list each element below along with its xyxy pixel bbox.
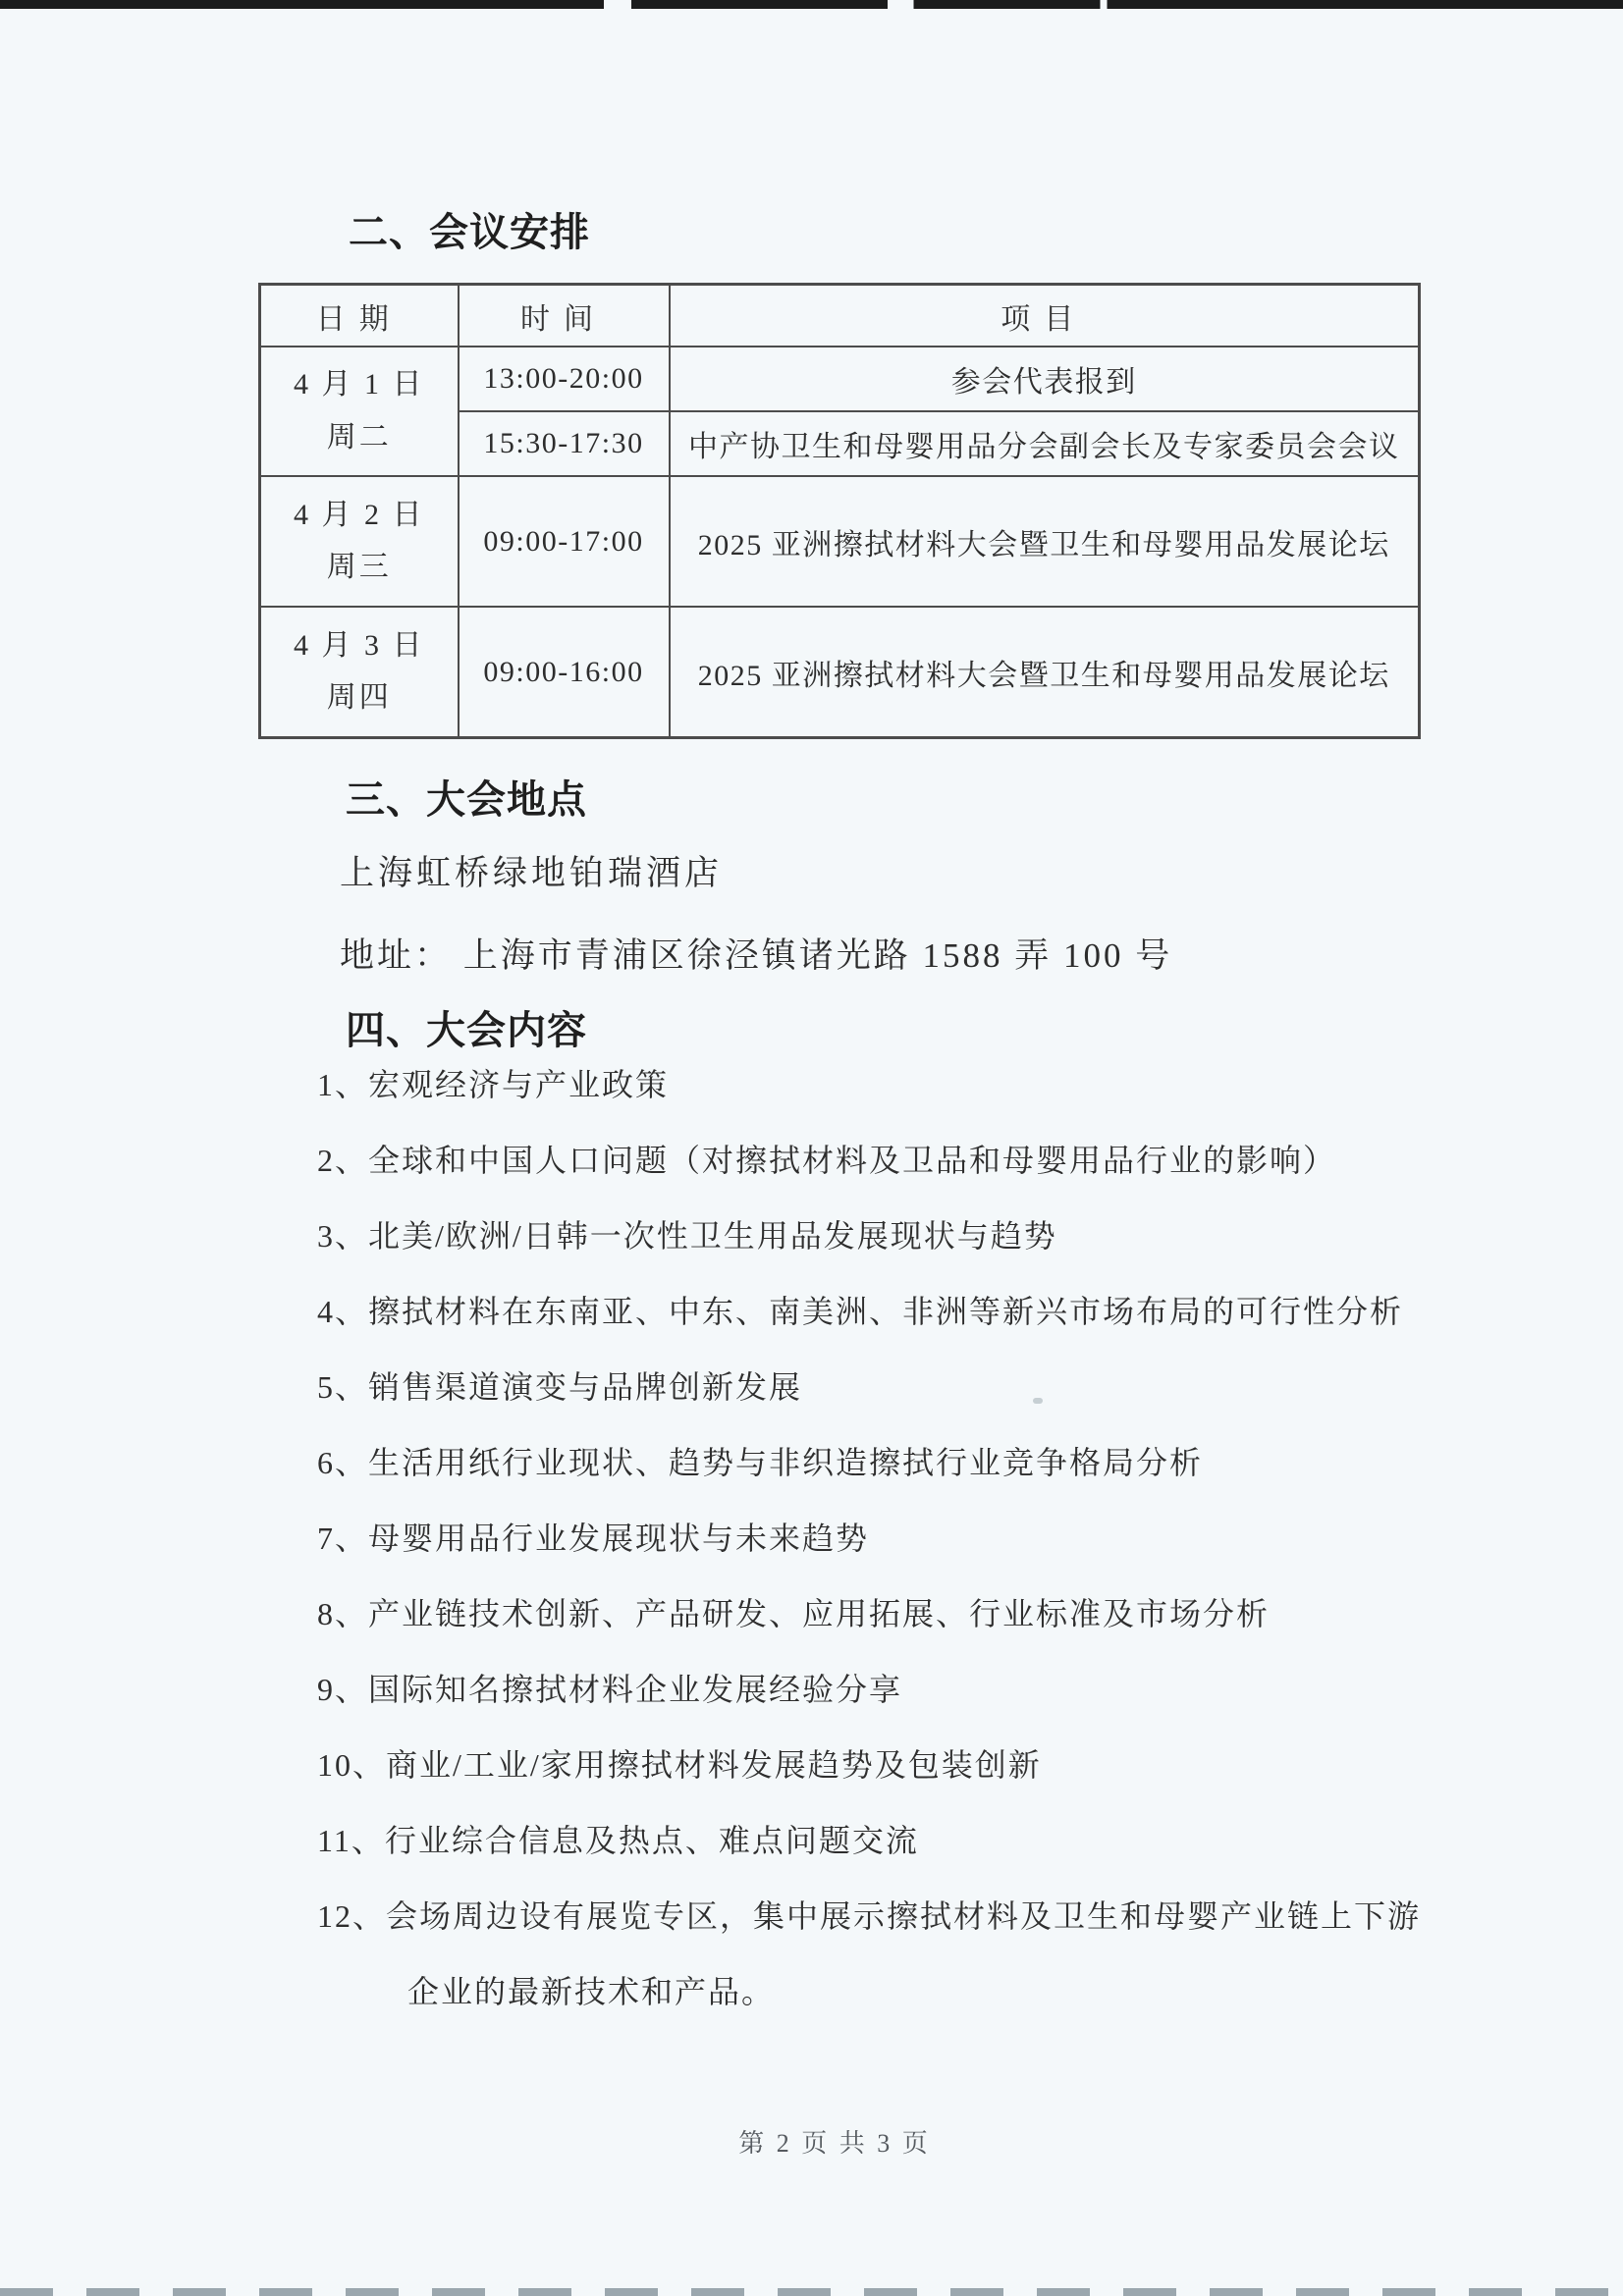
- weekday-line: 周三: [261, 553, 458, 582]
- list-item: 8、产业链技术创新、产品研发、应用拓展、行业标准及市场分析: [317, 1592, 1421, 1668]
- time-cell: 13:00-20:00: [459, 347, 670, 411]
- table-row: 4 月 2 日 周三 09:00-17:00 2025 亚洲擦拭材料大会暨卫生和…: [260, 476, 1420, 607]
- list-item: 1、宏观经济与产业政策: [317, 1063, 1421, 1139]
- list-item: 3、北美/欧洲/日韩一次性卫生用品发展现状与趋势: [317, 1214, 1421, 1290]
- scan-speck: [1033, 1398, 1043, 1404]
- table-header-time: 时间: [459, 285, 670, 347]
- list-item: 10、商业/工业/家用擦拭材料发展趋势及包装创新: [317, 1743, 1421, 1819]
- section-title-venue: 三、大会地点: [346, 769, 587, 825]
- time-cell: 09:00-17:00: [459, 476, 670, 607]
- weekday-line: 周二: [261, 423, 458, 453]
- table-header-row: 日期 时间 项目: [260, 285, 1420, 347]
- date-line: 4 月 1 日: [261, 370, 458, 400]
- item-cell: 参会代表报到: [670, 347, 1420, 411]
- table-header-item: 项目: [670, 285, 1420, 347]
- list-item: 9、国际知名擦拭材料企业发展经验分享: [317, 1668, 1421, 1743]
- list-item: 4、擦拭材料在东南亚、中东、南美洲、非洲等新兴市场布局的可行性分析: [317, 1290, 1421, 1365]
- time-cell: 15:30-17:30: [459, 411, 670, 476]
- list-item: 12、会场周边设有展览专区，集中展示擦拭材料及卫生和母婴产业链上下游: [317, 1895, 1421, 1970]
- date-cell-apr2: 4 月 2 日 周三: [260, 476, 459, 607]
- list-item: 6、生活用纸行业现状、趋势与非织造擦拭行业竞争格局分析: [317, 1441, 1421, 1517]
- date-line: 4 月 2 日: [261, 501, 458, 530]
- document-page: 二、会议安排 日期 时间 项目 4 月 1 日 周二 13:00-20:00: [0, 0, 1623, 2296]
- time-cell: 09:00-16:00: [459, 607, 670, 738]
- table-row: 4 月 3 日 周四 09:00-16:00 2025 亚洲擦拭材料大会暨卫生和…: [260, 607, 1420, 738]
- table-row: 4 月 1 日 周二 13:00-20:00 参会代表报到: [260, 347, 1420, 411]
- date-line: 4 月 3 日: [261, 631, 458, 661]
- date-cell-apr1: 4 月 1 日 周二: [260, 347, 459, 476]
- section-title-contents: 四、大会内容: [346, 999, 587, 1055]
- venue-name: 上海虹桥绿地铂瑞酒店: [340, 846, 723, 895]
- venue-address: 地址： 上海市青浦区徐泾镇诸光路 1588 弄 100 号: [340, 929, 1172, 978]
- section-title-schedule: 二、会议安排: [349, 201, 590, 257]
- list-item-continuation: 企业的最新技术和产品。: [317, 1970, 1421, 2046]
- item-cell: 2025 亚洲擦拭材料大会暨卫生和母婴用品发展论坛: [670, 476, 1420, 607]
- scan-artifact-top: [0, 0, 1623, 9]
- list-item: 2、全球和中国人口问题（对擦拭材料及卫品和母婴用品行业的影响）: [317, 1139, 1421, 1214]
- contents-list: 1、宏观经济与产业政策 2、全球和中国人口问题（对擦拭材料及卫品和母婴用品行业的…: [317, 1063, 1421, 2046]
- table-header-date: 日期: [260, 285, 459, 347]
- scan-artifact-bottom: [0, 2288, 1623, 2296]
- date-cell-apr3: 4 月 3 日 周四: [260, 607, 459, 738]
- list-item: 7、母婴用品行业发展现状与未来趋势: [317, 1517, 1421, 1592]
- item-cell: 中产协卫生和母婴用品分会副会长及专家委员会会议: [670, 411, 1420, 476]
- list-item: 11、行业综合信息及热点、难点问题交流: [317, 1819, 1421, 1895]
- weekday-line: 周四: [261, 683, 458, 713]
- schedule-table: 日期 时间 项目 4 月 1 日 周二 13:00-20:00 参会代表报到 1…: [258, 283, 1421, 739]
- item-cell: 2025 亚洲擦拭材料大会暨卫生和母婴用品发展论坛: [670, 607, 1420, 738]
- list-item: 5、销售渠道演变与品牌创新发展: [317, 1365, 1421, 1441]
- page-footer: 第 2 页 共 3 页: [0, 2123, 1623, 2160]
